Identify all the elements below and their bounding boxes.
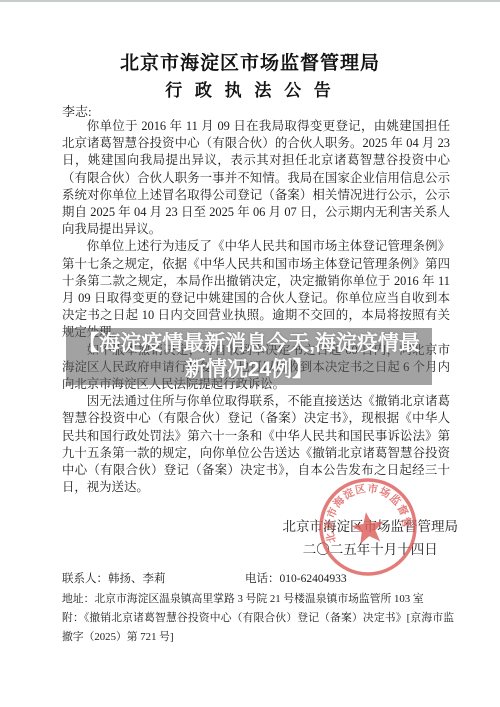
notice-body: 你单位于 2016 年 11 月 09 日在我局取得变更登记，由姚建国担任北京诸… (62, 118, 450, 496)
headline-overlay: 【海淀疫情最新消息今天,海淀疫情最新情况24例】 (66, 328, 432, 385)
contact-persons: 联系人：韩扬、李莉 (62, 570, 245, 586)
address-line: 地址：北京市海淀区温泉镇高里掌路 3 号院 21 号楼温泉镇市场监管所 103 … (62, 591, 462, 606)
notice-title: 行 政 执 法 公 告 (0, 76, 500, 101)
svg-text:北京市海淀区市场监督管理局: 北京市海淀区市场监督管理局 (300, 459, 414, 547)
attachment-line: 附：《撤销北京诸葛智慧谷投资中心（有限合伙）登记（备案）决定书》[京海市监撤字（… (62, 609, 454, 647)
notice-page: 北京市海淀区市场监督管理局 行 政 执 法 公 告 李志: 你单位于 2016 … (0, 0, 500, 707)
agency-title: 北京市海淀区市场监督管理局 (0, 48, 500, 75)
official-seal: 北京市海淀区市场监督管理局 (300, 459, 436, 595)
body-paragraph: 你单位上述行为违反了《中华人民共和国市场主体登记管理条例》第十七条之规定，依据《… (62, 238, 450, 341)
scan-edge-line (0, 0, 500, 2)
seal-star-icon (350, 510, 386, 545)
body-paragraph: 你单位于 2016 年 11 月 09 日在我局取得变更登记，由姚建国担任北京诸… (62, 118, 450, 238)
headline-text: 【海淀疫情最新消息今天,海淀疫情最新情况24例】 (73, 331, 425, 383)
seal-arc-text: 北京市海淀区市场监督管理局 (300, 459, 414, 547)
